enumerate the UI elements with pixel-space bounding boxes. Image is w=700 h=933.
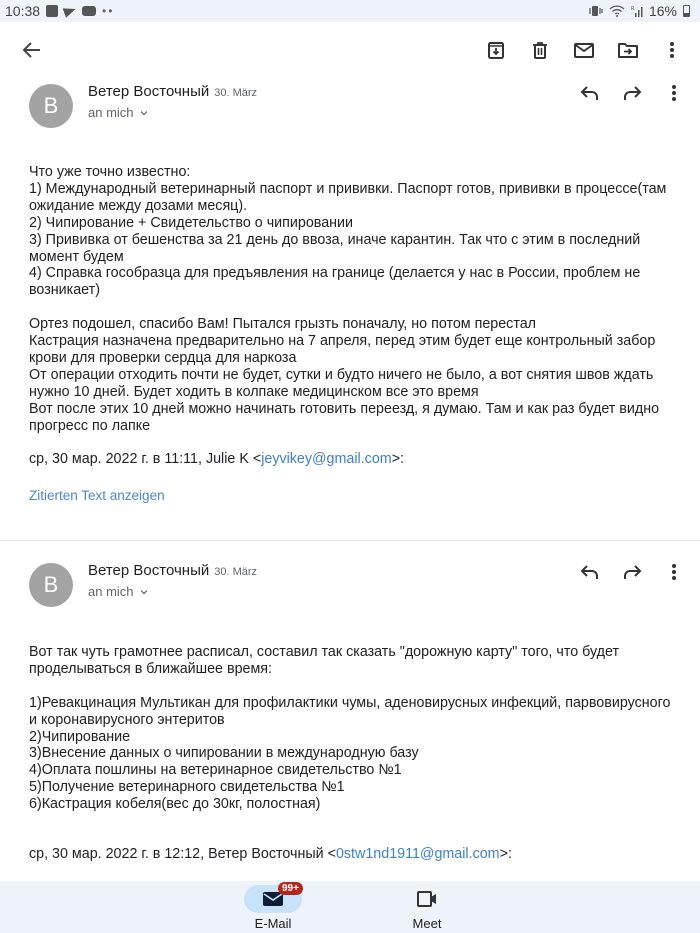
message-toolbar (0, 22, 700, 78)
back-button[interactable] (20, 38, 44, 62)
avatar[interactable]: B (29, 84, 73, 128)
nav-label: Meet (413, 916, 442, 931)
nav-tab-email[interactable]: 99+ E-Mail (241, 885, 305, 931)
more-vert-icon (671, 562, 677, 582)
reply-icon (580, 563, 600, 581)
reply-button[interactable] (578, 81, 602, 105)
more-options-button[interactable] (660, 38, 684, 62)
archive-button[interactable] (484, 38, 508, 62)
message-body: Что уже точно известно: 1) Международный… (29, 164, 680, 435)
bottom-navigation: 99+ E-Mail Meet (0, 881, 700, 933)
nav-label: E-Mail (255, 916, 292, 931)
unread-count-badge: 99+ (278, 882, 303, 895)
more-vert-icon (669, 40, 675, 60)
signal-roaming-icon: R (631, 5, 643, 17)
forward-icon (622, 563, 642, 581)
arrow-left-icon (20, 38, 44, 62)
forward-button[interactable] (620, 81, 644, 105)
delete-button[interactable] (528, 38, 552, 62)
mark-unread-icon (573, 40, 595, 60)
quote-attribution-text: ср, 30 мар. 2022 г. в 12:12, Ветер Восто… (29, 846, 336, 862)
sender-name: Ветер Восточный (88, 83, 209, 100)
nav-active-indicator: 99+ (244, 885, 302, 913)
clock: 10:38 (5, 3, 40, 19)
quote-attribution: ср, 30 мар. 2022 г. в 12:12, Ветер Восто… (29, 846, 512, 862)
sender-name: Ветер Восточный (88, 562, 209, 579)
message-date: 30. März (214, 87, 257, 99)
wifi-icon (609, 5, 625, 17)
archive-icon (486, 40, 506, 60)
video-camera-icon (416, 890, 438, 908)
status-bar: 10:38 •• R 16% (0, 0, 700, 22)
battery-charging-icon (683, 5, 690, 17)
delete-icon (530, 40, 550, 60)
quote-attribution-suffix: >: (500, 846, 512, 862)
avatar[interactable]: B (29, 563, 73, 607)
show-quoted-text-link[interactable]: Zitierten Text anzeigen (29, 488, 165, 503)
telegram-icon (63, 4, 78, 18)
email-link[interactable]: jeyvikey@gmail.com (261, 451, 392, 467)
chevron-down-icon (140, 588, 148, 596)
mark-unread-button[interactable] (572, 38, 596, 62)
quote-attribution: ср, 30 мар. 2022 г. в 11:11, Julie K <je… (29, 451, 404, 467)
recipient-label: an mich (88, 105, 134, 120)
more-vert-icon (671, 83, 677, 103)
notification-app-icon (46, 5, 58, 17)
youtube-icon (82, 6, 96, 16)
nav-icon-container (398, 885, 456, 913)
forward-icon (622, 84, 642, 102)
move-to-icon (617, 40, 639, 60)
forward-button[interactable] (620, 560, 644, 584)
recipient-details-toggle[interactable]: an mich (88, 105, 148, 120)
mute-vibrate-icon (589, 5, 603, 17)
reply-button[interactable] (578, 560, 602, 584)
more-dots-icon: •• (102, 4, 114, 18)
message-more-button[interactable] (662, 560, 686, 584)
message-body: Вот так чуть грамотнее расписал, состави… (29, 644, 680, 813)
svg-text:R: R (631, 6, 635, 12)
recipient-label: an mich (88, 584, 134, 599)
message-date: 30. März (214, 566, 257, 578)
nav-tab-meet[interactable]: Meet (395, 885, 459, 931)
quote-attribution-suffix: >: (392, 451, 404, 467)
email-link[interactable]: 0stw1nd1911@gmail.com (336, 846, 500, 862)
recipient-details-toggle[interactable]: an mich (88, 584, 148, 599)
move-to-button[interactable] (616, 38, 640, 62)
message-more-button[interactable] (662, 81, 686, 105)
chevron-down-icon (140, 109, 148, 117)
reply-icon (580, 84, 600, 102)
quote-attribution-text: ср, 30 мар. 2022 г. в 11:11, Julie K < (29, 451, 261, 467)
message-divider (0, 540, 700, 541)
battery-level: 16% (649, 3, 677, 19)
